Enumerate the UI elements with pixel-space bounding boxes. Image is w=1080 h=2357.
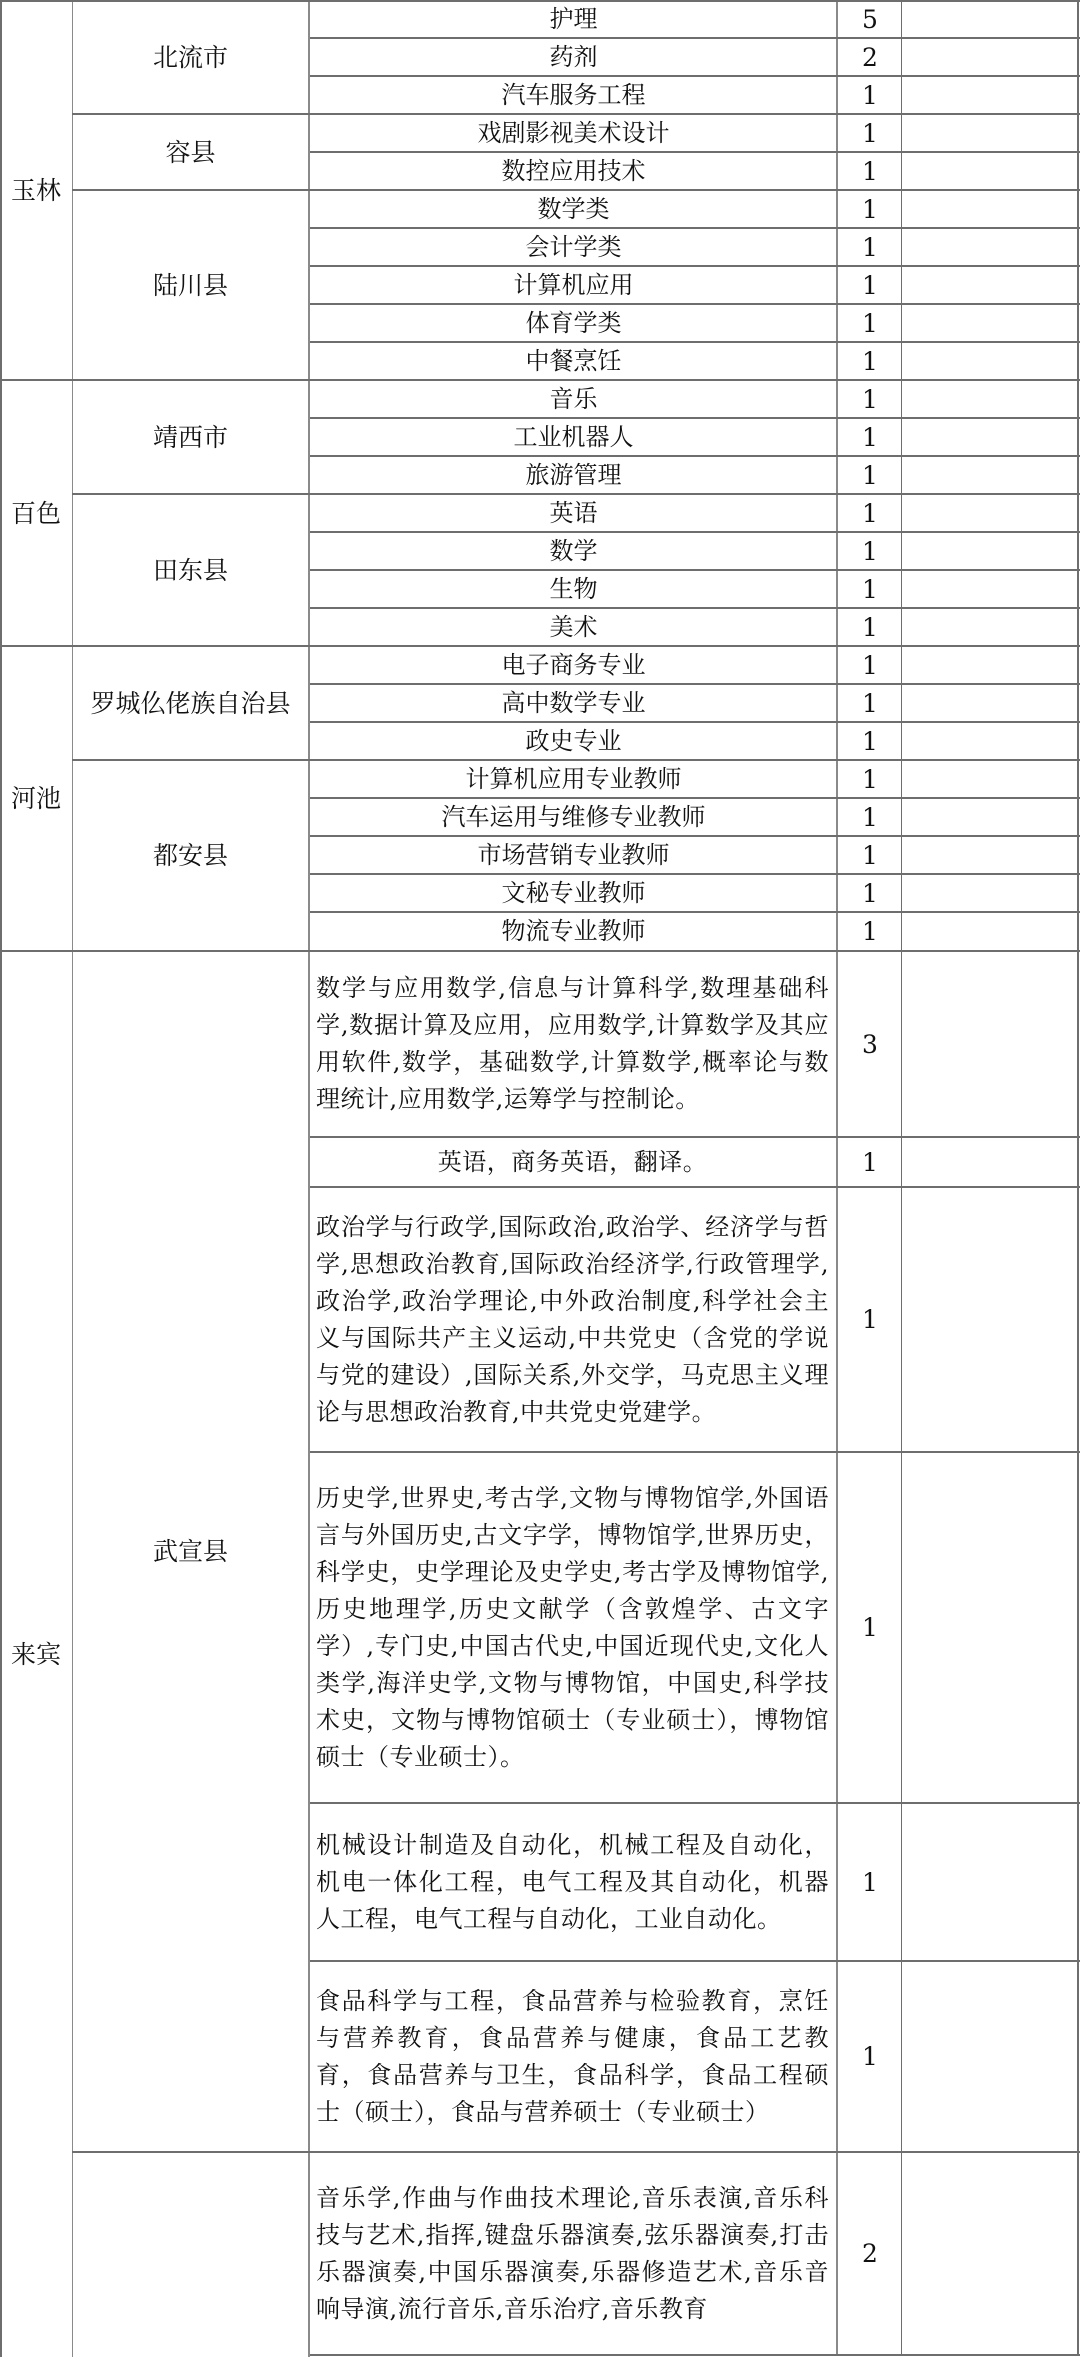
- major-cell: 计算机应用专业教师: [310, 760, 837, 798]
- grid-line: [310, 417, 1080, 419]
- grid-line: [836, 0, 838, 2356]
- count-cell: 1: [838, 304, 902, 342]
- count-cell: 1: [838, 874, 902, 912]
- major-cell: 英语: [310, 494, 837, 532]
- count-cell: 1: [838, 570, 902, 608]
- major-cell: 体育学类: [310, 304, 837, 342]
- major-cell: 物流专业教师: [310, 912, 837, 951]
- province-cell: 玉林: [0, 0, 72, 380]
- grid-line: [310, 1451, 1080, 1453]
- county-cell: 靖西市: [72, 380, 309, 494]
- count-cell: 1: [838, 912, 902, 951]
- county-cell: 容县: [72, 114, 309, 190]
- major-cell: 工业机器人: [310, 418, 837, 456]
- grid-line: [310, 531, 1080, 533]
- major-cell: 政治学与行政学,国际政治,政治学、经济学与哲学,思想政治教育,国际政治经济学,行…: [310, 1187, 837, 1452]
- count-cell: 1: [838, 836, 902, 874]
- count-cell: 1: [838, 190, 902, 228]
- major-cell: 机械设计制造及自动化，机械工程及自动化，机电一体化工程，电气工程及其自动化，机器…: [310, 1803, 837, 1961]
- grid-line: [310, 341, 1080, 343]
- grid-line: [310, 607, 1080, 609]
- grid-line: [310, 37, 1080, 39]
- grid-line: [310, 1136, 1080, 1138]
- grid-line: [310, 303, 1080, 305]
- count-cell: 1: [838, 646, 902, 684]
- major-cell: 数学与应用数学,信息与计算科学,数理基础科学,数据计算及应用，应用数学,计算数学…: [310, 951, 837, 1137]
- major-cell: 数控应用技术: [310, 152, 837, 190]
- major-cell: 汽车服务工程: [310, 76, 837, 114]
- grid-line: [310, 455, 1080, 457]
- major-cell: 数学类: [310, 190, 837, 228]
- count-cell: 1: [838, 342, 902, 380]
- grid-line: [310, 75, 1080, 77]
- major-cell: 文秘专业教师: [310, 874, 837, 912]
- grid-line: [310, 569, 1080, 571]
- grid-line: [310, 835, 1080, 837]
- major-cell: 汽车运用与维修专业教师: [310, 798, 837, 836]
- count-cell: 1: [838, 418, 902, 456]
- major-cell: 护理: [310, 0, 837, 38]
- county-cell: 罗城仫佬族自治县: [72, 646, 309, 760]
- count-cell: 1: [838, 456, 902, 494]
- grid-line: [0, 0, 2, 2357]
- count-cell: 1: [838, 608, 902, 646]
- count-cell: 1: [838, 684, 902, 722]
- grid-line: [0, 379, 1080, 381]
- count-cell: 2: [838, 38, 902, 76]
- recruitment-table: 玉林 百色 河池 来宾 北流市 容县 陆川县 靖西市 田东县 罗城仫佬族自治县 …: [0, 0, 1080, 2357]
- count-cell: 3: [838, 951, 902, 1137]
- count-cell: 1: [838, 494, 902, 532]
- major-cell: 音乐学,作曲与作曲技术理论,音乐表演,音乐科技与艺术,指挥,键盘乐器演奏,弦乐器…: [310, 2152, 837, 2355]
- count-cell: 1: [838, 1452, 902, 1803]
- major-cell: 美术: [310, 608, 837, 646]
- county-cell: 武宣县: [72, 951, 309, 2152]
- grid-line: [1077, 0, 1079, 2356]
- grid-line: [310, 873, 1080, 875]
- province-cell: 百色: [0, 380, 72, 646]
- count-cell: 1: [838, 760, 902, 798]
- count-cell: 1: [838, 1187, 902, 1452]
- major-cell: 数学: [310, 532, 837, 570]
- count-cell: 1: [838, 722, 902, 760]
- grid-line: [310, 797, 1080, 799]
- count-cell: 2: [838, 2152, 902, 2355]
- grid-line: [310, 1802, 1080, 1804]
- county-cell: 陆川县: [72, 190, 309, 380]
- grid-line: [308, 0, 310, 2357]
- grid-line: [0, 0, 1080, 2]
- county-cell: 都安县: [72, 760, 309, 951]
- province-cell: 来宾: [0, 951, 72, 2357]
- major-cell: 音乐: [310, 380, 837, 418]
- count-cell: 1: [838, 532, 902, 570]
- grid-line: [310, 911, 1080, 913]
- grid-line: [72, 493, 1080, 495]
- grid-line: [310, 151, 1080, 153]
- major-cell: 食品科学与工程，食品营养与检验教育，烹饪与营养教育，食品营养与健康，食品工艺教育…: [310, 1961, 837, 2152]
- count-cell: 1: [838, 798, 902, 836]
- grid-line: [310, 2354, 1080, 2356]
- grid-line: [72, 2151, 1080, 2153]
- county-cell: 北流市: [72, 0, 309, 114]
- major-cell: 药剂: [310, 38, 837, 76]
- count-cell: 1: [838, 266, 902, 304]
- grid-line: [901, 0, 902, 2356]
- grid-line: [310, 683, 1080, 685]
- major-cell: 旅游管理: [310, 456, 837, 494]
- county-cell: [72, 2152, 309, 2357]
- count-cell: 1: [838, 1961, 902, 2152]
- major-cell: 电子商务专业: [310, 646, 837, 684]
- count-cell: 1: [838, 76, 902, 114]
- grid-line: [310, 721, 1080, 723]
- count-cell: 1: [838, 1803, 902, 1961]
- grid-line: [72, 113, 1080, 115]
- grid-line: [72, 0, 73, 2357]
- major-cell: 计算机应用: [310, 266, 837, 304]
- major-cell: 中餐烹饪: [310, 342, 837, 380]
- grid-line: [310, 227, 1080, 229]
- count-cell: 1: [838, 228, 902, 266]
- grid-line: [0, 950, 1080, 952]
- grid-line: [72, 189, 1080, 191]
- count-cell: 1: [838, 114, 902, 152]
- county-cell: 田东县: [72, 494, 309, 646]
- grid-line: [310, 1186, 1080, 1188]
- major-cell: 生物: [310, 570, 837, 608]
- grid-line: [0, 645, 1080, 647]
- count-cell: 5: [838, 0, 902, 38]
- count-cell: 1: [838, 380, 902, 418]
- major-cell: 高中数学专业: [310, 684, 837, 722]
- grid-line: [310, 1960, 1080, 1962]
- count-cell: 1: [838, 152, 902, 190]
- major-cell: 会计学类: [310, 228, 837, 266]
- grid-line: [310, 265, 1080, 267]
- major-cell: 英语，商务英语，翻译。: [310, 1137, 837, 1187]
- major-cell: 戏剧影视美术设计: [310, 114, 837, 152]
- major-cell: 市场营销专业教师: [310, 836, 837, 874]
- count-cell: 1: [838, 1137, 902, 1187]
- major-cell: 历史学,世界史,考古学,文物与博物馆学,外国语言与外国历史,古文字学，博物馆学,…: [310, 1452, 837, 1803]
- province-cell: 河池: [0, 646, 72, 951]
- grid-line: [72, 759, 1080, 761]
- major-cell: 政史专业: [310, 722, 837, 760]
